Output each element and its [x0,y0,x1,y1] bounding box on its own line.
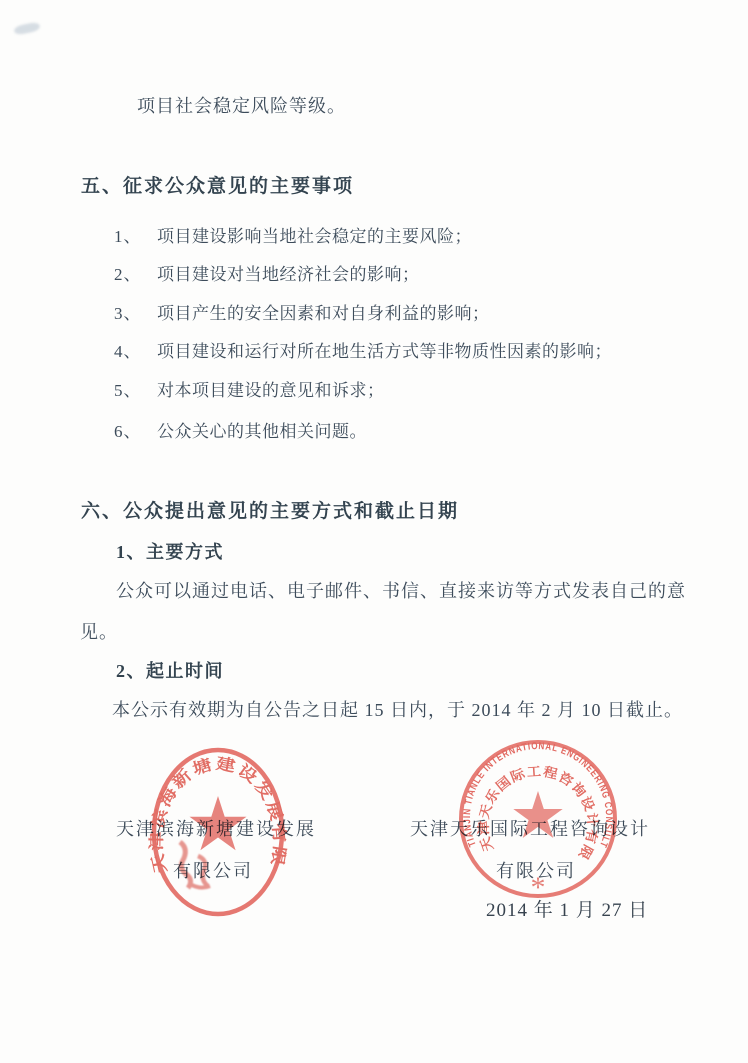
seal-bottom-asterisk: * [531,871,546,904]
list-item: 4、项目建设和运行对所在地生活方式等非物质性因素的影响； [114,337,612,364]
scan-artifact-mark [13,21,40,35]
section-six-heading: 六、公众提出意见的主要方式和截止日期 [81,496,459,523]
star-icon [513,791,562,838]
list-item: 5、对本项目建设的意见和诉求； [114,376,385,403]
list-item-number: 3、 [114,299,157,324]
deadline-paragraph: 本公示有效期为自公告之日起 15 日内，于 2014 年 2 月 10 日截止。 [112,698,683,722]
intro-line: 项目社会稳定风险等级。 [137,94,346,118]
list-item-text: 公众关心的其他相关问题。 [157,422,367,441]
list-item-number: 6、 [114,417,157,442]
list-item: 2、项目建设对当地经济社会的影响； [114,260,420,287]
left-company-seal: 天津滨海新塘建设发展有限公司 [146,744,290,924]
list-item-number: 2、 [114,260,157,285]
list-item-number: 4、 [114,337,157,362]
method-paragraph-line1: 公众可以通过电话、电子邮件、书信、直接来访等方式发表自己的意 [116,579,686,603]
seal-smudge-marks [180,842,210,888]
list-item-number: 1、 [114,222,157,247]
list-item-text: 项目建设影响当地社会稳定的主要风险； [157,227,472,246]
section-five-heading: 五、征求公众意见的主要事项 [81,171,354,198]
list-item-text: 对本项目建设的意见和诉求； [157,381,385,400]
subheading-method: 1、主要方式 [116,538,224,564]
list-item: 3、项目产生的安全因素和对自身利益的影响； [114,299,490,326]
list-item-text: 项目产生的安全因素和对自身利益的影响； [157,304,490,323]
document-page: 项目社会稳定风险等级。 五、征求公众意见的主要事项 1、项目建设影响当地社会稳定… [0,0,748,1063]
method-paragraph-line2: 见。 [80,620,118,644]
list-item: 6、公众关心的其他相关问题。 [114,417,367,444]
list-item-text: 项目建设对当地经济社会的影响； [157,265,420,284]
subheading-deadline: 2、起止时间 [116,657,224,683]
right-company-seal: TIANJIN TIANLE INTERNATIONAL ENGINEERING… [456,735,620,907]
list-item: 1、项目建设影响当地社会稳定的主要风险； [114,222,472,249]
list-item-number: 5、 [114,376,157,401]
list-item-text: 项目建设和运行对所在地生活方式等非物质性因素的影响； [157,342,612,361]
star-icon [190,796,247,850]
